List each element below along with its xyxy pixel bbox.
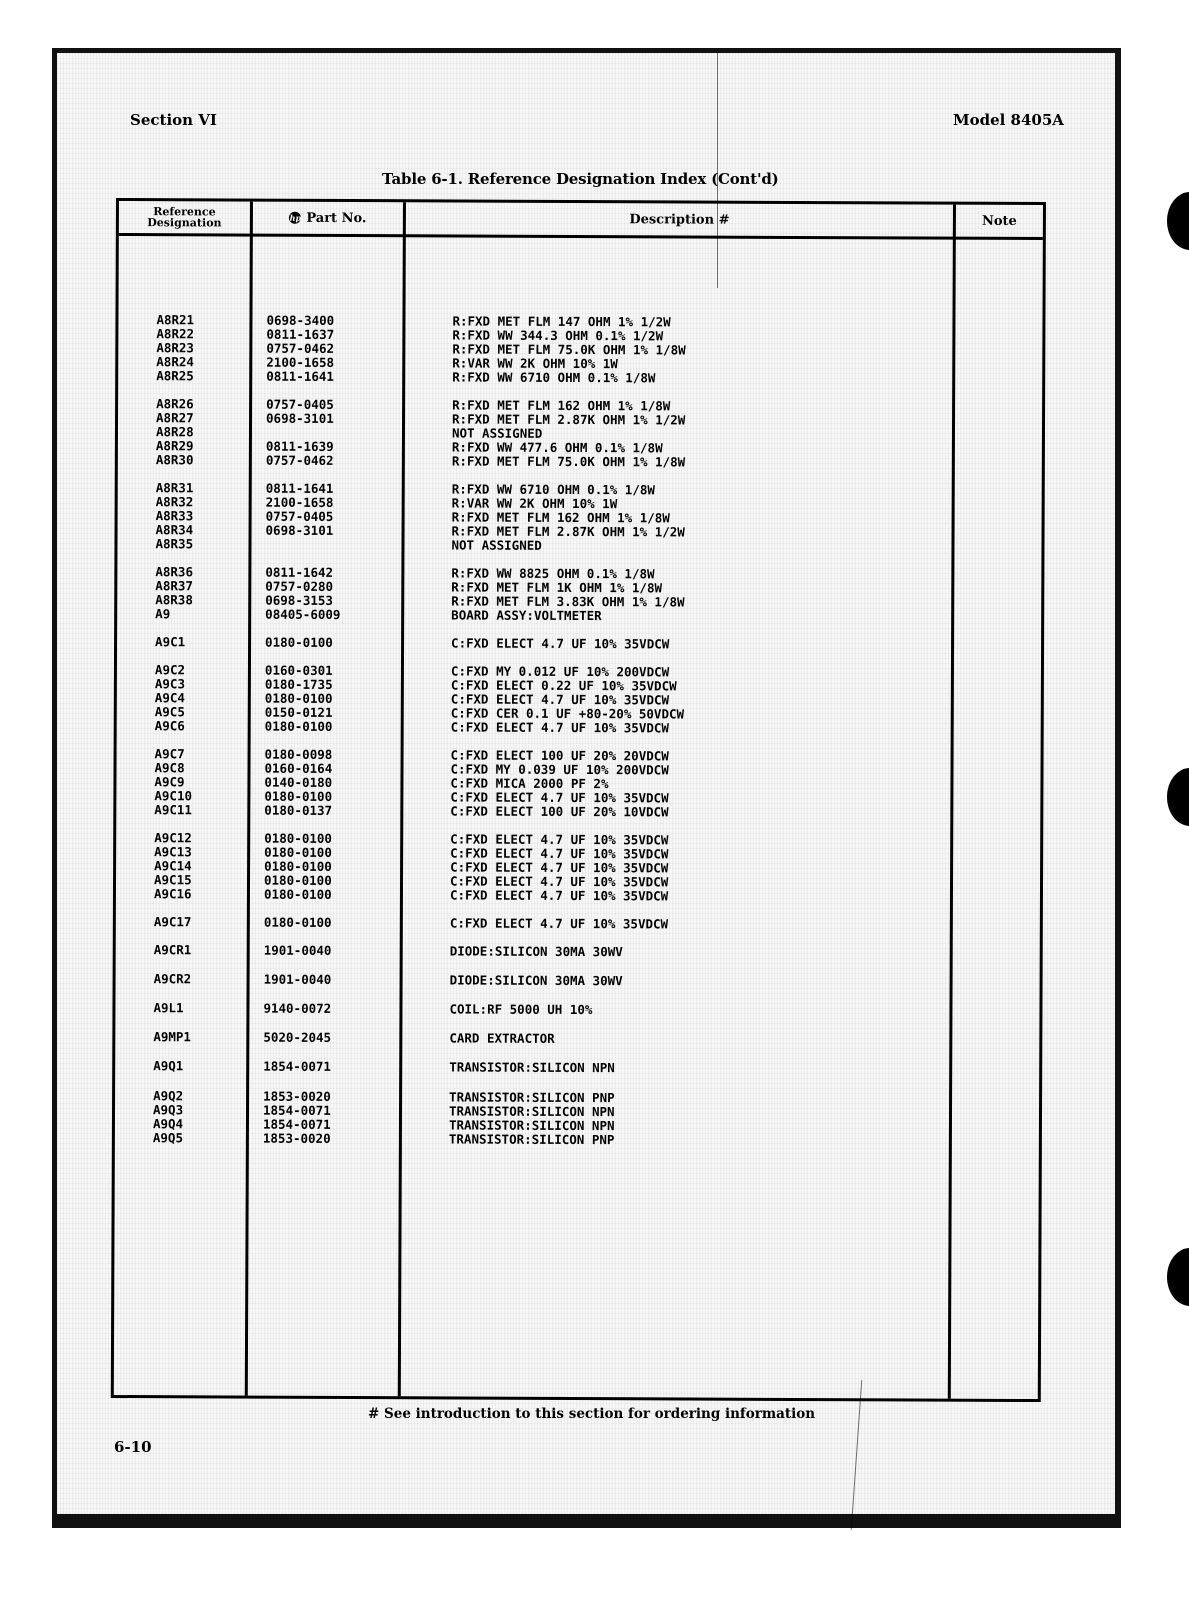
column-header-description: Description # — [406, 202, 953, 236]
reference-designation-cell: A9C16 — [154, 887, 192, 901]
part-number-cell: 0180-0100 — [265, 636, 333, 650]
part-number-cell: 0180-0137 — [264, 804, 332, 818]
table-row: A8R35NOT ASSIGNED — [117, 537, 1041, 555]
column-header-reference-designation: Reference Designation — [119, 201, 250, 234]
binder-punch-hole — [1167, 1248, 1189, 1306]
part-number-cell: 1854-0071 — [263, 1060, 331, 1074]
reference-designation-cell: A9Q3 — [153, 1103, 183, 1117]
part-number-cell: 0180-0100 — [264, 888, 332, 902]
part-number-cell: 0757-0462 — [266, 454, 334, 468]
reference-designation-cell: A9C4 — [155, 691, 185, 705]
table-row: A8R250811-1641R:FXD WW 6710 OHM 0.1% 1/8… — [118, 369, 1042, 387]
description-cell: C:FXD ELECT 4.7 UF 10% 35VDCW — [451, 636, 669, 651]
part-number-cell: 1853-0020 — [263, 1132, 331, 1146]
reference-designation-cell: A9C3 — [155, 677, 185, 691]
reference-designation-cell: A9MP1 — [153, 1030, 191, 1044]
binder-punch-hole — [1167, 768, 1189, 826]
column-header-label: Note — [982, 214, 1017, 227]
reference-designation-cell: A9C7 — [155, 747, 185, 761]
description-cell: C:FXD ELECT 4.7 UF 10% 35VDCW — [450, 916, 668, 931]
column-header-label: Description # — [629, 213, 729, 226]
reference-designation-cell: A9Q4 — [153, 1117, 183, 1131]
reference-designation-cell: A9Q2 — [153, 1089, 183, 1103]
reference-designation-cell: A9 — [155, 607, 170, 621]
reference-designation-cell: A9C2 — [155, 663, 185, 677]
reference-designation-cell: A8R35 — [155, 537, 193, 551]
table-row: A9C10180-0100C:FXD ELECT 4.7 UF 10% 35VD… — [117, 635, 1041, 653]
table-row: A9CR11901-0040DIODE:SILICON 30MA 30WV — [116, 943, 1040, 961]
reference-designation-cell: A9Q5 — [153, 1131, 183, 1145]
model-label: Model 8405A — [953, 111, 1064, 129]
reference-designation-cell: A9Q1 — [153, 1059, 183, 1073]
part-number-cell: 0180-0100 — [264, 916, 332, 930]
table-row: A9C110180-0137C:FXD ELECT 100 UF 20% 10V… — [116, 803, 1040, 821]
description-cell: TRANSISTOR:SILICON NPN — [449, 1060, 615, 1075]
table-row: A9MP15020-2045CARD EXTRACTOR — [115, 1030, 1039, 1048]
description-cell: R:FXD MET FLM 75.0K OHM 1% 1/8W — [452, 454, 685, 469]
table-row: A9Q11854-0071TRANSISTOR:SILICON NPN — [115, 1059, 1039, 1077]
hp-logo-icon: hp — [289, 212, 301, 224]
description-cell: COIL:RF 5000 UH 10% — [449, 1002, 592, 1017]
part-number-cell: 0180-0100 — [265, 720, 333, 734]
column-header-note: Note — [956, 205, 1043, 237]
section-label: Section VI — [130, 111, 217, 129]
footnote: # See introduction to this section for o… — [368, 1406, 815, 1422]
reference-designation-table: Reference Designation hp Part No. Descri… — [111, 198, 1046, 1402]
description-cell: CARD EXTRACTOR — [449, 1031, 554, 1045]
part-number-cell: 1901-0040 — [264, 944, 332, 958]
part-number-cell: 08405-6009 — [265, 608, 340, 622]
reference-designation-cell: A9C1 — [155, 635, 185, 649]
reference-designation-cell: A9CR1 — [154, 943, 192, 957]
table-row: A908405-6009BOARD ASSY:VOLTMETER — [117, 607, 1041, 625]
part-number-cell: 5020-2045 — [263, 1031, 331, 1045]
part-number-cell: 9140-0072 — [263, 1002, 331, 1016]
part-number-cell: 0811-1641 — [266, 370, 334, 384]
part-number-cell: 0698-3101 — [266, 412, 334, 426]
reference-designation-cell: A9C5 — [155, 705, 185, 719]
description-cell: BOARD ASSY:VOLTMETER — [451, 608, 602, 623]
table-title: Table 6-1. Reference Designation Index (… — [382, 170, 779, 188]
description-cell: R:FXD WW 6710 OHM 0.1% 1/8W — [452, 370, 655, 385]
reference-designation-cell: A9CR2 — [154, 972, 192, 986]
table-row: A9CR21901-0040DIODE:SILICON 30MA 30WV — [116, 972, 1040, 990]
table-row: A9C60180-0100C:FXD ELECT 4.7 UF 10% 35VD… — [117, 719, 1041, 737]
column-header-part-no: hp Part No. — [253, 202, 403, 235]
description-cell: C:FXD ELECT 4.7 UF 10% 35VDCW — [451, 720, 669, 735]
reference-designation-cell: A9L1 — [153, 1001, 183, 1015]
binder-punch-hole — [1167, 192, 1189, 250]
table-row: A9L19140-0072COIL:RF 5000 UH 10% — [115, 1001, 1039, 1019]
part-number-cell: 0698-3101 — [266, 524, 334, 538]
description-cell: DIODE:SILICON 30MA 30WV — [450, 944, 623, 959]
reference-designation-cell: A9C6 — [155, 719, 185, 733]
description-cell: NOT ASSIGNED — [451, 538, 541, 552]
description-cell: TRANSISTOR:SILICON PNP — [449, 1132, 615, 1147]
reference-designation-cell: A9C17 — [154, 915, 192, 929]
page-number: 6-10 — [114, 1438, 152, 1456]
description-cell: C:FXD ELECT 4.7 UF 10% 35VDCW — [450, 888, 668, 903]
reference-designation-cell: A8R25 — [156, 369, 194, 383]
description-cell: DIODE:SILICON 30MA 30WV — [450, 973, 623, 988]
column-header-label: Reference Designation — [139, 206, 229, 228]
column-header-label: Part No. — [306, 211, 366, 224]
part-number-cell: 1901-0040 — [264, 973, 332, 987]
table-row: A9Q51853-0020TRANSISTOR:SILICON PNP — [115, 1131, 1039, 1149]
reference-designation-cell: A9C9 — [154, 775, 184, 789]
table-row: A9C170180-0100C:FXD ELECT 4.7 UF 10% 35V… — [116, 915, 1040, 933]
table-row: A8R300757-0462R:FXD MET FLM 75.0K OHM 1%… — [118, 453, 1042, 471]
description-cell: C:FXD ELECT 100 UF 20% 10VDCW — [450, 804, 668, 819]
reference-designation-cell: A9C8 — [154, 761, 184, 775]
table-row: A9C160180-0100C:FXD ELECT 4.7 UF 10% 35V… — [116, 887, 1040, 905]
reference-designation-cell: A9C11 — [154, 803, 192, 817]
reference-designation-cell: A8R30 — [156, 453, 194, 467]
